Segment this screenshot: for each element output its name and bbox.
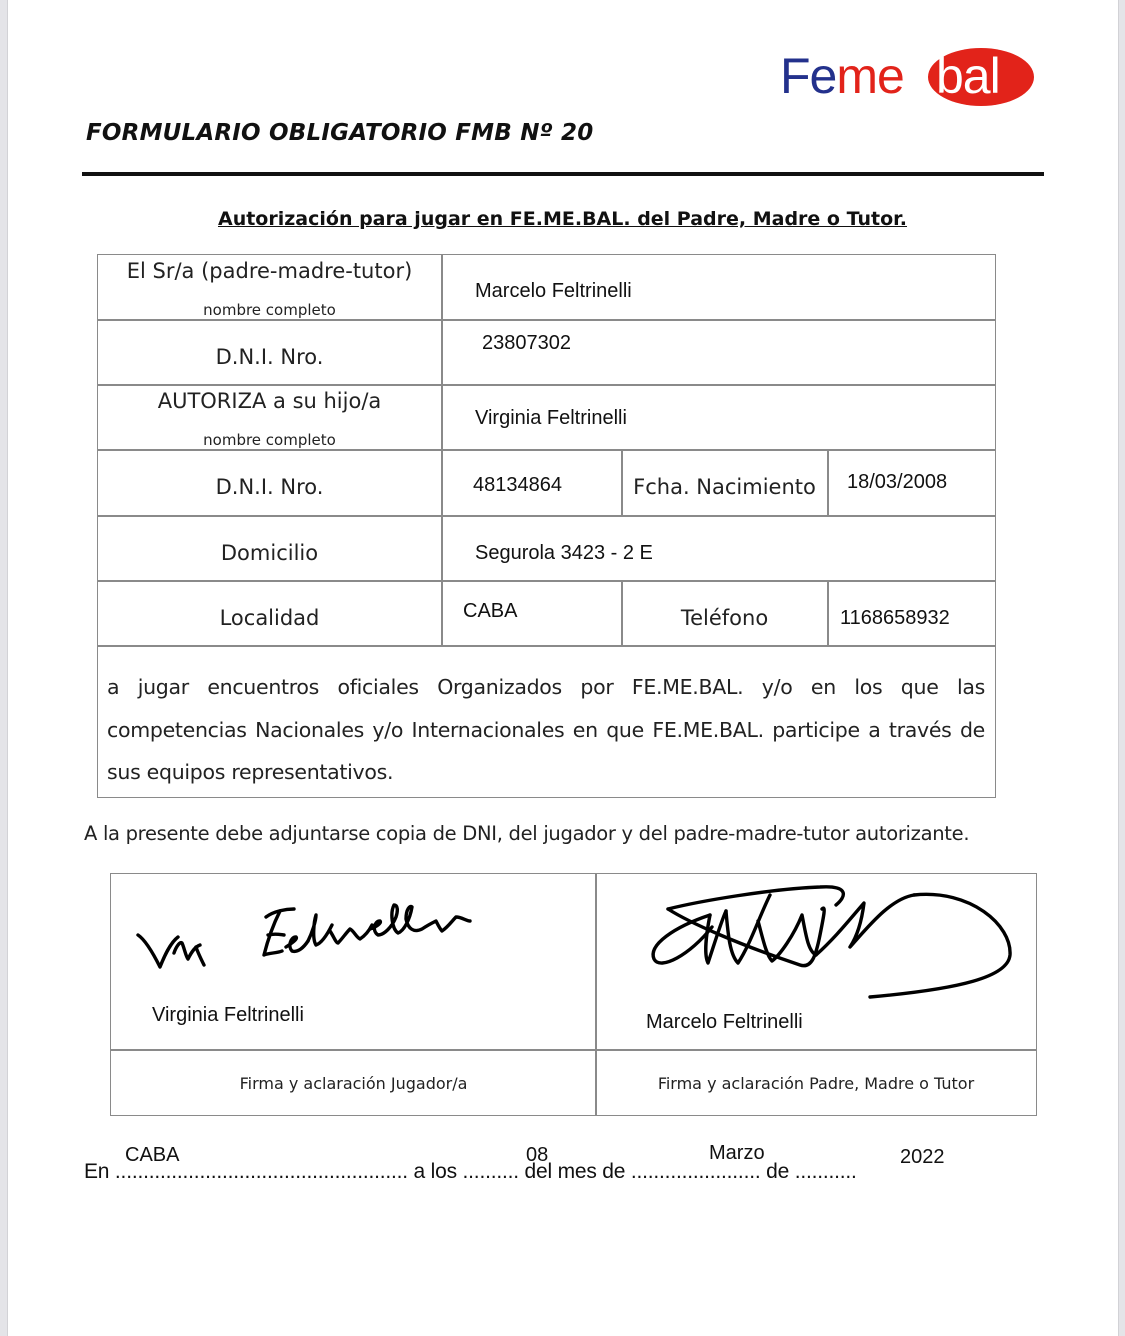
logo-text: Feme: [780, 46, 904, 106]
birth-label-cell: Fcha. Nacimiento: [621, 449, 829, 517]
birth-date-cell[interactable]: 18/03/2008: [827, 449, 996, 517]
parent-printed-name: Marcelo Feltrinelli: [646, 1011, 803, 1034]
parent-label: El Sr/a (padre-madre-tutor): [98, 259, 441, 283]
parent-name-cell[interactable]: Marcelo Feltrinelli: [441, 254, 996, 321]
parent-name-value[interactable]: Marcelo Feltrinelli: [475, 280, 632, 303]
phone-label-cell: Teléfono: [621, 580, 829, 647]
parent-dni-value[interactable]: 23807302: [482, 332, 571, 355]
city-cell[interactable]: CABA: [441, 580, 623, 647]
birth-date-value[interactable]: 18/03/2008: [847, 471, 947, 494]
address-value[interactable]: Segurola 3423 - 2 E: [475, 542, 653, 565]
child-dni-value[interactable]: 48134864: [473, 474, 562, 497]
city-label-cell: Localidad: [97, 580, 443, 647]
child-label: AUTORIZA a su hijo/a: [98, 389, 441, 413]
attachment-note: A la presente debe adjuntarse copia de D…: [84, 822, 969, 845]
parent-sublabel: nombre completo: [98, 301, 441, 319]
parent-label-cell: El Sr/a (padre-madre-tutor) nombre compl…: [97, 254, 443, 321]
city-value[interactable]: CABA: [463, 600, 517, 623]
page-edge-right: [1118, 0, 1125, 1336]
player-signature-caption: Firma y aclaración Jugador/a: [110, 1074, 597, 1093]
parent-signature-caption: Firma y aclaración Padre, Madre o Tutor: [595, 1074, 1037, 1093]
birth-label: Fcha. Nacimiento: [622, 475, 827, 499]
child-name-cell[interactable]: Virginia Feltrinelli: [441, 384, 996, 451]
address-cell[interactable]: Segurola 3423 - 2 E: [441, 515, 996, 582]
parent-dni-label: D.N.I. Nro.: [98, 345, 441, 369]
child-label-cell: AUTORIZA a su hijo/a nombre completo: [97, 384, 443, 451]
phone-value[interactable]: 1168658932: [840, 607, 950, 630]
logo-fe: Fe: [780, 48, 836, 104]
address-label: Domicilio: [98, 541, 441, 565]
form-title: FORMULARIO OBLIGATORIO FMB Nº 20: [86, 120, 593, 146]
phone-cell[interactable]: 1168658932: [827, 580, 996, 647]
player-signature-icon: [130, 895, 490, 985]
phone-label: Teléfono: [622, 606, 827, 630]
child-sublabel: nombre completo: [98, 431, 441, 449]
form-subtitle: Autorización para jugar en FE.ME.BAL. de…: [0, 208, 1125, 230]
date-year[interactable]: 2022: [900, 1146, 945, 1169]
authorization-text: a jugar encuentros oficiales Organizados…: [107, 666, 985, 794]
child-dni-cell[interactable]: 48134864: [441, 449, 623, 517]
child-dni-label-cell: D.N.I. Nro.: [97, 449, 443, 517]
logo-bal: bal: [936, 46, 1000, 106]
femebal-logo: Feme bal: [780, 44, 1040, 108]
date-month[interactable]: Marzo: [709, 1142, 765, 1165]
subtitle-text: Autorización para jugar en FE.ME.BAL. de…: [218, 208, 907, 230]
player-printed-name: Virginia Feltrinelli: [152, 1004, 304, 1027]
date-place[interactable]: CABA: [125, 1144, 179, 1167]
child-name-value[interactable]: Virginia Feltrinelli: [475, 407, 627, 430]
page-edge-left: [0, 0, 8, 1336]
child-dni-label: D.N.I. Nro.: [98, 475, 441, 499]
header-rule: [82, 172, 1044, 176]
logo-me: me: [836, 48, 903, 104]
city-label: Localidad: [98, 606, 441, 630]
parent-signature-icon: [640, 875, 1020, 1005]
parent-dni-cell[interactable]: 23807302: [441, 319, 996, 386]
date-day[interactable]: 08: [526, 1144, 548, 1167]
parent-dni-label-cell: D.N.I. Nro.: [97, 319, 443, 386]
address-label-cell: Domicilio: [97, 515, 443, 582]
